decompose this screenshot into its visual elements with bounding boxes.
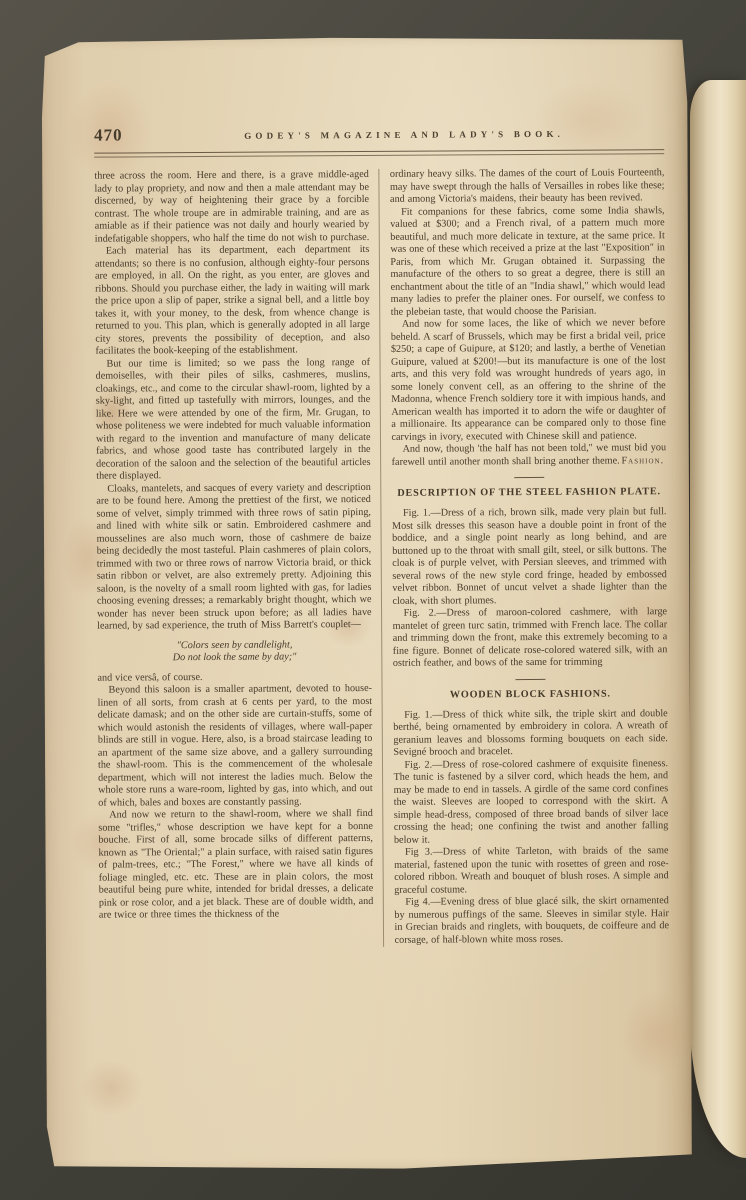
paragraph: three across the room. Here and there, i…	[94, 169, 369, 246]
figure-description: Fig. 2.—Dress of rose-colored cashmere o…	[393, 758, 668, 847]
paragraph: Each material has its department, each d…	[95, 244, 370, 358]
figure-description: Fig. 1.—Dress of a rich, brown silk, mad…	[392, 506, 667, 608]
right-column: ordinary heavy silks. The dames of the c…	[378, 167, 669, 947]
paragraph: Fit companions for these fabrics, come s…	[390, 205, 665, 319]
paragraph: And now for some laces, the like of whic…	[391, 317, 666, 444]
paragraph: Beyond this saloon is a smaller apartmen…	[97, 683, 372, 810]
running-header: 470 GODEY'S MAGAZINE AND LADY'S BOOK.	[94, 122, 664, 147]
book-page: 470 GODEY'S MAGAZINE AND LADY'S BOOK. th…	[40, 34, 695, 1172]
header-rule	[94, 149, 664, 157]
text-columns: three across the room. Here and there, i…	[94, 167, 669, 948]
section-heading-wooden-block: WOODEN BLOCK FASHIONS.	[393, 688, 668, 701]
verse-couplet: "Colors seen by candlelight, Do not look…	[97, 638, 372, 665]
verse-line: Do not look the same by day;"	[97, 651, 372, 665]
figure-description: Fig. 2.—Dress of maroon-colored cashmere…	[393, 606, 668, 670]
page-content: 470 GODEY'S MAGAZINE AND LADY'S BOOK. th…	[40, 34, 695, 1172]
facing-page-curl	[690, 80, 746, 1158]
section-heading-steel-plate: DESCRIPTION OF THE STEEL FASHION PLATE.	[392, 486, 667, 499]
paragraph: ordinary heavy silks. The dames of the c…	[390, 167, 665, 206]
journal-title: GODEY'S MAGAZINE AND LADY'S BOOK.	[154, 128, 654, 141]
left-column: three across the room. Here and there, i…	[94, 169, 382, 949]
section-divider	[515, 678, 545, 679]
paragraph: And now we return to the shawl-room, whe…	[98, 808, 373, 922]
figure-description: Fig 4.—Evening dress of blue glacé silk,…	[394, 895, 669, 947]
paragraph: But our time is limited; so we pass the …	[95, 356, 370, 483]
figure-description: Fig 3.—Dress of white Tarleton, with bra…	[394, 845, 669, 897]
figure-description: Fig. 1.—Dress of thick white silk, the t…	[393, 708, 668, 760]
paragraph: Cloaks, mantelets, and sacques of every …	[96, 481, 371, 633]
page-number: 470	[94, 125, 123, 144]
section-divider	[514, 477, 544, 478]
